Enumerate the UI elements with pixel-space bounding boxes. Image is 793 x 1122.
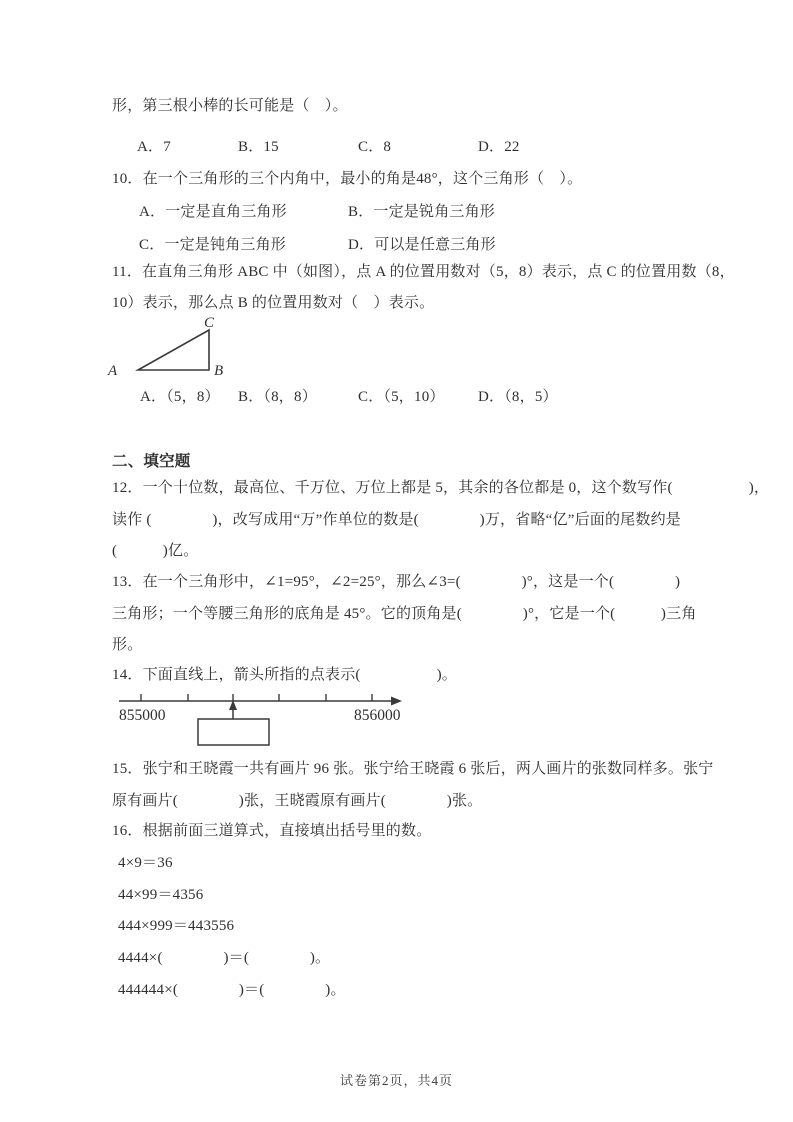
q16-equation-4: 4444×( )＝( )。 [118, 949, 330, 968]
q11-option-a: A．（5，8） [140, 388, 220, 407]
axis-tick-marks [141, 694, 372, 701]
q9-option-d: D．22 [478, 138, 520, 157]
q11-option-b: B．（8，8） [238, 388, 317, 407]
page-footer: 试卷第2页，共4页 [0, 1070, 793, 1089]
q16-equation-5: 444444×( )＝( )。 [118, 981, 346, 1000]
q13-line2: 三角形；一个等腰三角形的底角是 45°。它的顶角是( )°，它是一个( )三角 [112, 605, 697, 624]
triangle-label-b: B [214, 363, 223, 379]
answer-box [198, 719, 269, 745]
q16-equation-3: 444×999＝443556 [118, 917, 234, 936]
q14-stem: 14．下面直线上，箭头所指的点表示( )。 [112, 666, 457, 685]
q11-option-d: D．（8，5） [478, 388, 558, 407]
number-line-end-label: 856000 [354, 707, 401, 724]
triangle-shape [138, 330, 209, 370]
q10-options-row-2: C．一定是钝角三角形 D．可以是任意三角形 [0, 236, 793, 256]
q9-options-row: A．7 B．15 C．8 D．22 [0, 138, 793, 158]
exam-document-page: 形，第三根小棒的长可能是（ ）。 A．7 B．15 C．8 D．22 10．在一… [0, 0, 793, 1122]
q15-line2: 原有画片( )张，王晓霞原有画片( )张。 [112, 792, 482, 811]
q13-line3: 形。 [112, 636, 142, 655]
q10-options-row-1: A．一定是直角三角形 B．一定是锐角三角形 [0, 203, 793, 223]
q16-equation-2: 44×99＝4356 [118, 886, 203, 905]
q11-stem-line2: 10）表示，那么点 B 的位置用数对（ ）表示。 [112, 294, 434, 313]
q12-line2: 读作 ( )，改写成用“万”作单位的数是( )万，省略“亿”后面的尾数约是 [112, 511, 681, 530]
q9-option-a: A．7 [137, 138, 171, 157]
q9-stem-continuation: 形，第三根小棒的长可能是（ ）。 [112, 97, 348, 116]
number-line-diagram: 855000 856000 [96, 686, 426, 750]
section-2-title: 二、填空题 [112, 452, 191, 471]
q12-line1: 12．一个十位数，最高位、千万位、万位上都是 5，其余的各位都是 0，这个数写作… [112, 479, 769, 498]
q13-line1: 13．在一个三角形中，∠1=95°，∠2=25°，那么∠3=( )°，这是一个(… [112, 573, 680, 592]
number-line-start-label: 855000 [119, 707, 166, 724]
q12-line3: ( )亿。 [112, 542, 198, 561]
q11-stem-line1: 11．在直角三角形 ABC 中（如图），点 A 的位置用数对（5，8）表示，点 … [112, 263, 735, 282]
triangle-label-c: C [204, 315, 215, 331]
q11-options-row: A．（5，8） B．（8，8） C．（5，10） D．（8，5） [0, 388, 793, 408]
q9-option-c: C．8 [358, 138, 391, 157]
q9-option-b: B．15 [238, 138, 279, 157]
q11-option-c: C．（5，10） [358, 388, 445, 407]
q15-line1: 15．张宁和王晓霞一共有画片 96 张。张宁给王晓霞 6 张后，两人画片的张数同… [112, 760, 714, 779]
number-line-figure: 855000 856000 [96, 686, 426, 750]
triangle-label-a: A [107, 363, 118, 379]
q10-stem: 10．在一个三角形的三个内角中，最小的角是48°，这个三角形（ ）。 [112, 170, 582, 189]
q10-option-b: B．一定是锐角三角形 [348, 203, 495, 222]
q10-option-d: D．可以是任意三角形 [348, 236, 496, 255]
axis-right-arrowhead-icon [391, 697, 402, 706]
q10-option-c: C．一定是钝角三角形 [139, 236, 286, 255]
q16-equation-1: 4×9＝36 [118, 854, 173, 873]
q10-option-a: A．一定是直角三角形 [139, 203, 287, 222]
triangle-abc-diagram: A B C [100, 314, 240, 384]
triangle-figure: A B C [100, 314, 240, 384]
q16-stem: 16．根据前面三道算式，直接填出括号里的数。 [112, 822, 431, 841]
